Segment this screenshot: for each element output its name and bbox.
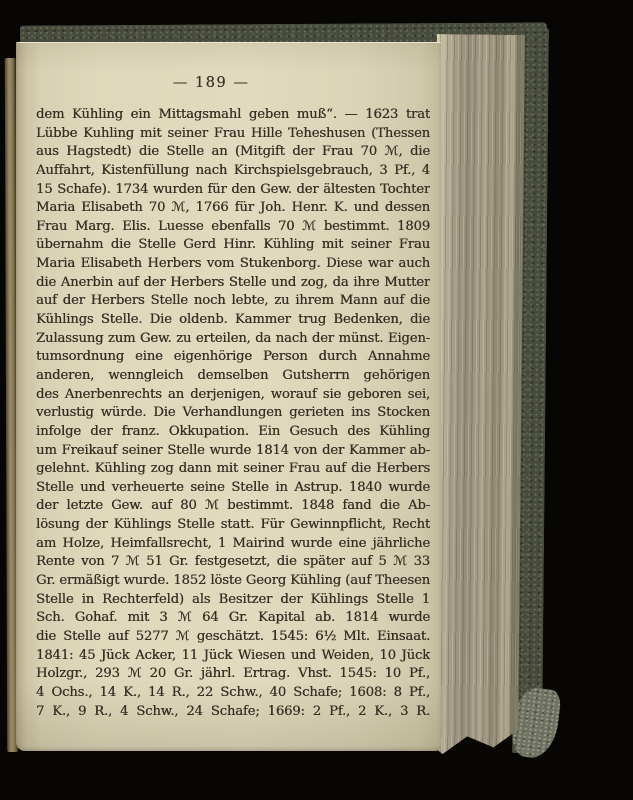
text-line: Zulassung zum Gew. zu erteilen, da nach … xyxy=(36,330,430,349)
text-line: übernahm die Stelle Gerd Hinr. Kühling m… xyxy=(36,236,430,255)
text-line: Lübbe Kuhling mit seiner Frau Hille Tehe… xyxy=(36,125,430,144)
text-line: 15 Schafe). 1734 wurden für den Gew. der… xyxy=(36,181,430,200)
page-number: — 189 — xyxy=(36,75,386,91)
text-line: Auffahrt, Kistenfüllung nach Kirchspiels… xyxy=(36,162,430,181)
text-line: gelehnt. Kühling zog dann mit seiner Fra… xyxy=(36,460,430,479)
text-line: Maria Elisabeth Herbers vom Stukenborg. … xyxy=(36,255,430,274)
text-line: die Anerbin auf der Herbers Stelle und z… xyxy=(36,274,430,293)
text-line: anderen, wenngleich demselben Gutsherrn … xyxy=(36,367,430,386)
text-line: Holzgr., 293 ℳ 20 Gr. jährl. Ertrag. Vhs… xyxy=(36,665,430,684)
book-scan: — 189 — dem Kühling ein Mittagsmahl gebe… xyxy=(0,0,633,800)
text-line: der letzte Gew. auf 80 ℳ bestimmt. 1848 … xyxy=(36,497,430,516)
text-line: infolge der franz. Okkupation. Ein Gesuc… xyxy=(36,423,430,442)
text-line: 1841: 45 Jück Acker, 11 Jück Wiesen und … xyxy=(36,647,430,666)
text-line: 4 Ochs., 14 K., 14 R., 22 Schw., 40 Scha… xyxy=(36,684,430,703)
body-text: dem Kühling ein Mittagsmahl geben muß“. … xyxy=(36,106,430,721)
text-line: lösung der Kühlings Stelle statt. Für Ge… xyxy=(36,516,430,535)
text-line: Maria Elisabeth 70 ℳ, 1766 für Joh. Henr… xyxy=(36,199,430,218)
text-line: verlustig würde. Die Verhandlungen gerie… xyxy=(36,404,430,423)
text-line: Stelle in Rechterfeld) als Besitzer der … xyxy=(36,591,430,610)
text-line: aus Hagstedt) die Stelle an (Mitgift der… xyxy=(36,143,430,162)
text-line: des Anerbenrechts an derjenigen, worauf … xyxy=(36,386,430,405)
text-line: die Stelle auf 5277 ℳ geschätzt. 1545: 6… xyxy=(36,628,430,647)
text-line: Sch. Gohaf. mit 3 ℳ 64 Gr. Kapital ab. 1… xyxy=(36,609,430,628)
page-stack-fore-edge xyxy=(430,34,525,755)
text-line: Rente von 7 ℳ 51 Gr. festgesetzt, die sp… xyxy=(36,553,430,572)
text-line: Kühlings Stelle. Die oldenb. Kammer trug… xyxy=(36,311,430,330)
text-line: Frau Marg. Elis. Luesse ebenfalls 70 ℳ b… xyxy=(36,218,430,237)
text-line: dem Kühling ein Mittagsmahl geben muß“. … xyxy=(36,106,430,125)
text-line: Stelle und verheuerte seine Stelle in As… xyxy=(36,479,430,498)
text-line: 7 K., 9 R., 4 Schw., 24 Schafe; 1669: 2 … xyxy=(36,703,430,722)
text-line: um Freikauf seiner Stelle wurde 1814 von… xyxy=(36,442,430,461)
text-line: am Holze, Heimfallsrecht, 1 Mairind wurd… xyxy=(36,535,430,554)
text-line: tumsordnung eine eigenhörige Person durc… xyxy=(36,348,430,367)
text-line: Gr. ermäßigt wurde. 1852 löste Georg Küh… xyxy=(36,572,430,591)
text-line: auf der Herbers Stelle noch lebte, zu ih… xyxy=(36,292,430,311)
